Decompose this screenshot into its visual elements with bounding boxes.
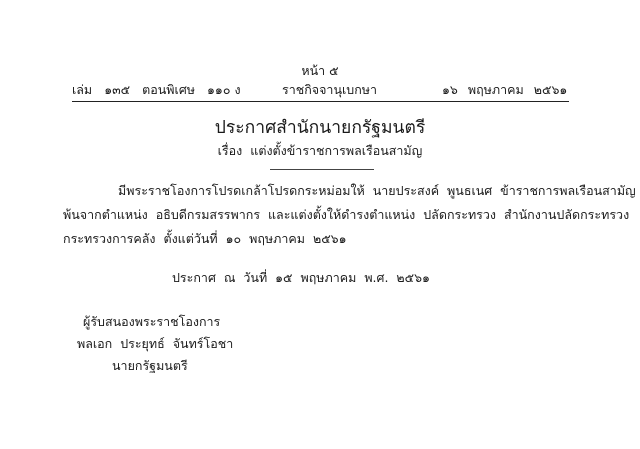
section-label: ตอนพิเศษ: [142, 82, 195, 97]
document-title: ประกาศสำนักนายกรัฐมนตรี: [0, 117, 640, 139]
gazette-date: ๑๖พฤษภาคม๒๕๖๑: [442, 82, 567, 98]
date-year: ๒๕๖๑: [534, 82, 568, 97]
body-line-1: มีพระราชโองการโปรดเกล้าโปรดกระหม่อมให้ น…: [118, 183, 636, 199]
date-month: พฤษภาคม: [468, 82, 524, 97]
title-divider: [270, 169, 374, 170]
volume-number: ๑๓๕: [104, 82, 130, 97]
volume-label: เล่ม: [72, 82, 92, 97]
announcement-date: ประกาศ ณ วันที่ ๑๕ พฤษภาคม พ.ศ. ๒๕๖๑: [172, 270, 430, 286]
signatory-position: นายกรัฐมนตรี: [112, 358, 188, 374]
document-subject: เรื่องแต่งตั้งข้าราชการพลเรือนสามัญ: [0, 143, 640, 159]
header-divider: [72, 101, 569, 102]
countersign-label: ผู้รับสนองพระราชโองการ: [83, 314, 220, 330]
section-number: ๑๑๐ ง: [207, 82, 241, 97]
body-line-3: กระทรวงการคลัง ตั้งแต่วันที่ ๑๐ พฤษภาคม …: [63, 231, 347, 247]
body-line-2: พ้นจากตำแหน่ง อธิบดีกรมสรรพากร และแต่งตั…: [63, 207, 629, 223]
volume-info: เล่ม๑๓๕ตอนพิเศษ๑๑๐ ง: [72, 82, 253, 98]
page-number: หน้า ๕: [0, 63, 640, 79]
gazette-name: ราชกิจจานุเบกษา: [282, 82, 377, 98]
subject-text: แต่งตั้งข้าราชการพลเรือนสามัญ: [250, 143, 422, 158]
date-day: ๑๖: [442, 82, 458, 97]
signatory-name: พลเอก ประยุทธ์ จันทร์โอชา: [77, 336, 233, 352]
subject-label: เรื่อง: [218, 143, 243, 158]
